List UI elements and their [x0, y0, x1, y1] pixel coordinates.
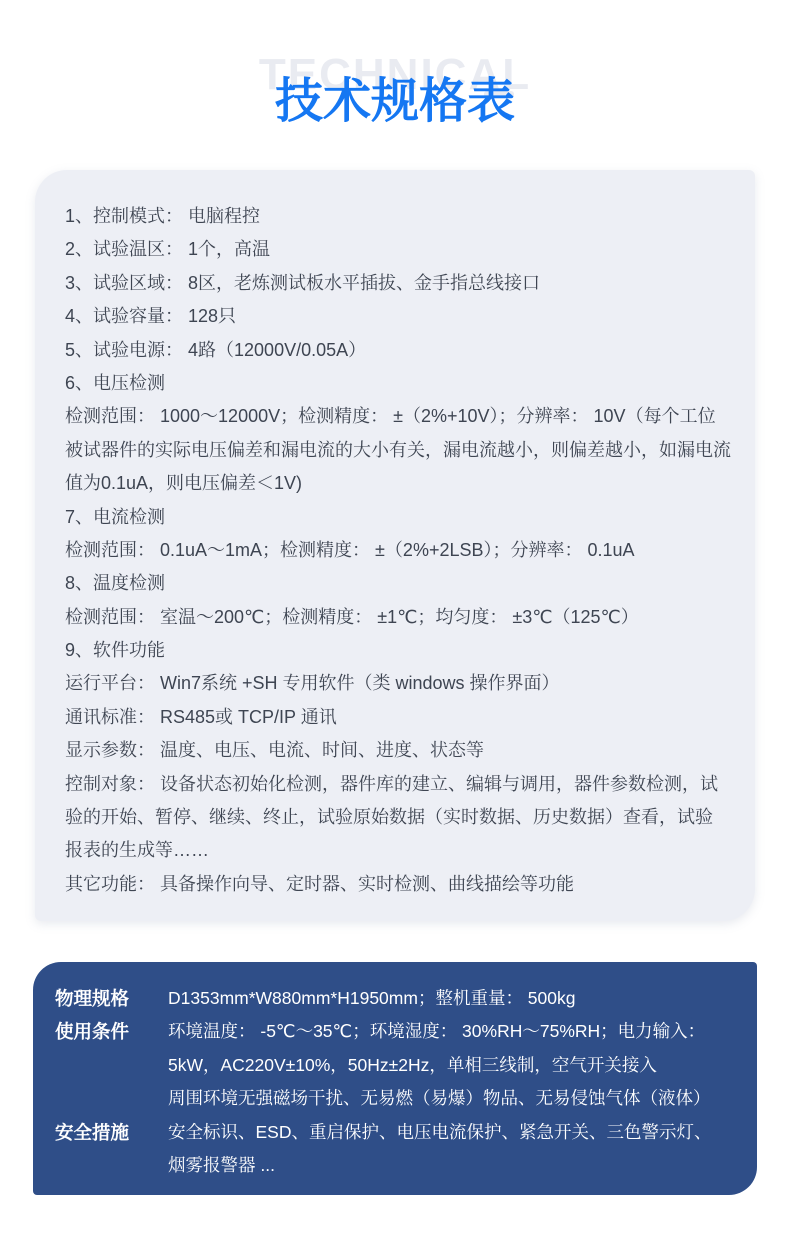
spec-line-current-range: 检测范围： 0.1uA～1mA；检测精度： ±（2%+2LSB）；分辨率： 0.… [65, 534, 727, 567]
spec-line-control-mode: 1、控制模式： 电脑程控 [65, 200, 727, 233]
panel-row-safety: 安全措施 安全标识、ESD、重启保护、电压电流保护、紧急开关、三色警示灯、 烟雾… [55, 1116, 739, 1183]
spec-line-current-title: 7、电流检测 [65, 501, 727, 534]
panel-label-safety: 安全措施 [55, 1116, 168, 1149]
panel-label-physical: 物理规格 [55, 982, 168, 1015]
panel-value-safety: 安全标识、ESD、重启保护、电压电流保护、紧急开关、三色警示灯、 烟雾报警器 .… [168, 1116, 739, 1183]
spec-line-temp-title: 8、温度检测 [65, 567, 727, 600]
panel-line-dimensions: D1353mm*W880mm*H1950mm；整机重量： 500kg [168, 982, 739, 1015]
spec-line-display-params: 显示参数： 温度、电压、电流、时间、进度、状态等 [65, 734, 727, 767]
spec-line-control-obj2: 验的开始、暂停、继续、终止，试验原始数据（实时数据、历史数据）查看，试验 [65, 801, 727, 834]
panel-line-safety-2: 烟雾报警器 ... [168, 1149, 739, 1182]
spec-line-test-area: 3、试验区域： 8区，老炼测试板水平插拔、金手指总线接口 [65, 267, 727, 300]
spec-line-other-func: 其它功能： 具备操作向导、定时器、实时检测、曲线描绘等功能 [65, 868, 727, 901]
spec-line-software-title: 9、软件功能 [65, 634, 727, 667]
spec-line-voltage-note2: 值为0.1uA，则电压偏差＜1V) [65, 467, 727, 500]
panel-line-surrounding: 周围环境无强磁场干扰、无易燃（易爆）物品、无易侵蚀气体（液体） [168, 1082, 739, 1115]
spec-line-comm-standard: 通讯标准： RS485或 TCP/IP 通讯 [65, 701, 727, 734]
spec-line-voltage-note1: 被试器件的实际电压偏差和漏电流的大小有关，漏电流越小，则偏差越小，如漏电流 [65, 434, 727, 467]
panel-value-conditions: 环境温度： -5℃～35℃；环境湿度： 30%RH～75%RH；电力输入： 5k… [168, 1015, 739, 1115]
spec-line-platform: 运行平台： Win7系统 +SH 专用软件（类 windows 操作界面） [65, 667, 727, 700]
panel-row-physical: 物理规格 D1353mm*W880mm*H1950mm；整机重量： 500kg [55, 982, 739, 1015]
panel-value-physical: D1353mm*W880mm*H1950mm；整机重量： 500kg [168, 982, 739, 1015]
spec-line-power: 5、试验电源： 4路（12000V/0.05A） [65, 334, 727, 367]
spec-line-temp-range: 检测范围： 室温～200℃；检测精度： ±1℃；均匀度： ±3℃（125℃） [65, 601, 727, 634]
panel-row-conditions: 使用条件 环境温度： -5℃～35℃；环境湿度： 30%RH～75%RH；电力输… [55, 1015, 739, 1115]
spec-line-control-obj1: 控制对象： 设备状态初始化检测，器件库的建立、编辑与调用，器件参数检测，试 [65, 768, 727, 801]
spec-line-temp-zone: 2、试验温区： 1个，高温 [65, 233, 727, 266]
panel-label-conditions: 使用条件 [55, 1015, 168, 1048]
spec-sheet-page: TECHNICAL 技术规格表 1、控制模式： 电脑程控 2、试验温区： 1个，… [0, 0, 790, 1246]
spec-line-capacity: 4、试验容量： 128只 [65, 300, 727, 333]
panel-line-safety-1: 安全标识、ESD、重启保护、电压电流保护、紧急开关、三色警示灯、 [168, 1116, 739, 1149]
spec-line-voltage-range: 检测范围： 1000～12000V；检测精度： ±（2%+10V）；分辨率： 1… [65, 400, 727, 433]
spec-card: 1、控制模式： 电脑程控 2、试验温区： 1个，高温 3、试验区域： 8区，老炼… [35, 170, 755, 921]
physical-info-panel: 物理规格 D1353mm*W880mm*H1950mm；整机重量： 500kg … [33, 962, 757, 1195]
panel-line-env-temp: 环境温度： -5℃～35℃；环境湿度： 30%RH～75%RH；电力输入： [168, 1015, 739, 1048]
spec-line-voltage-title: 6、电压检测 [65, 367, 727, 400]
page-title: 技术规格表 [0, 76, 790, 128]
panel-line-power-input: 5kW，AC220V±10%，50Hz±2Hz，单相三线制，空气开关接入 [168, 1049, 739, 1082]
spec-line-control-obj3: 报表的生成等…… [65, 834, 727, 867]
